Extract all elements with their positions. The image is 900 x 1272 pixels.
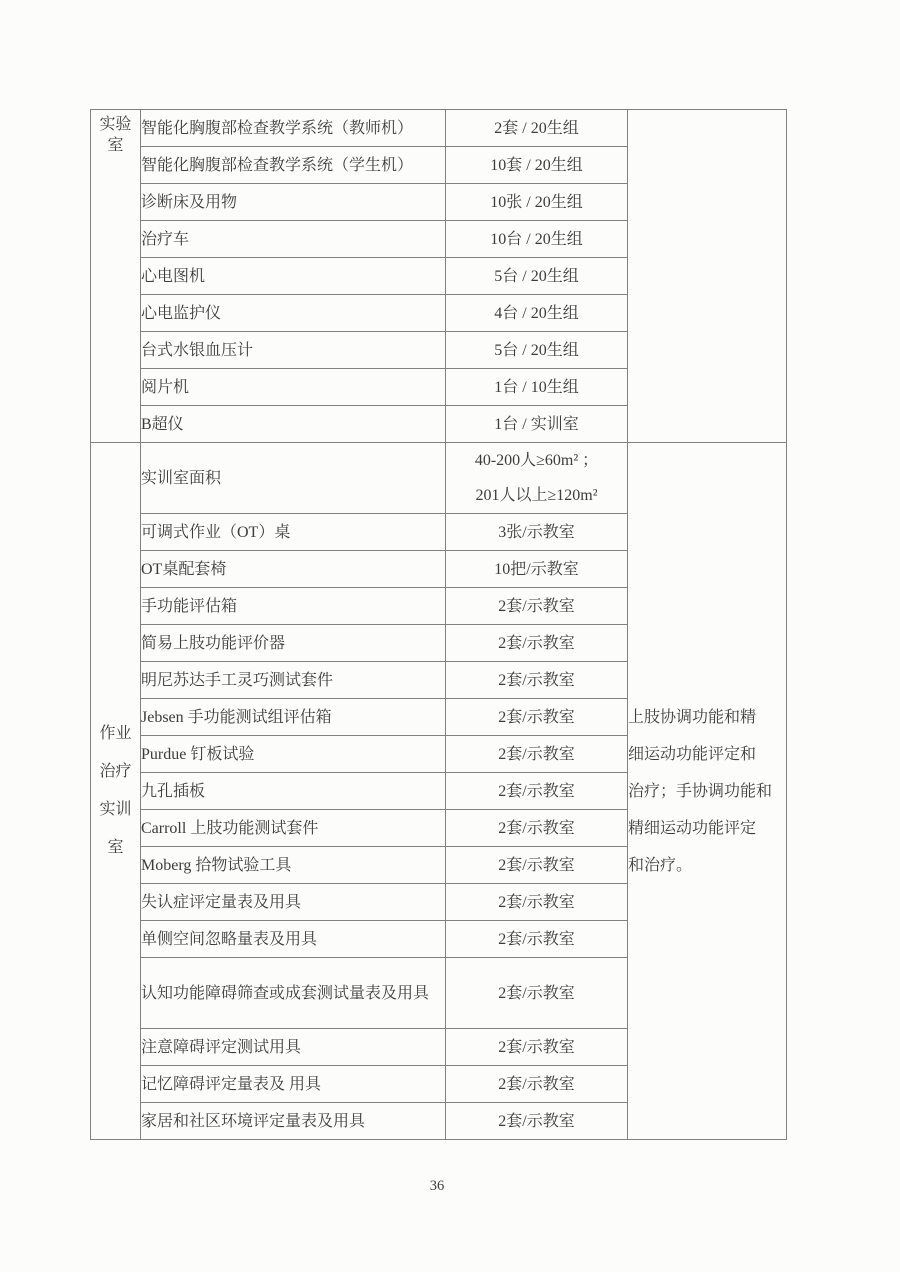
quantity-cell: 2套/示教室 bbox=[446, 810, 628, 847]
quantity-cell: 2套/示教室 bbox=[446, 847, 628, 884]
equipment-name-cell: Carroll 上肢功能测试套件 bbox=[141, 810, 446, 847]
equipment-name-cell: B超仪 bbox=[141, 406, 446, 443]
equipment-name-cell: 诊断床及用物 bbox=[141, 184, 446, 221]
equipment-name-cell: 心电图机 bbox=[141, 258, 446, 295]
equipment-table: 实验 室智能化胸腹部检查教学系统（教师机）2套 / 20生组智能化胸腹部检查教学… bbox=[90, 109, 787, 1140]
quantity-cell: 1台 / 实训室 bbox=[446, 406, 628, 443]
quantity-cell: 1台 / 10生组 bbox=[446, 369, 628, 406]
quantity-cell: 2套/示教室 bbox=[446, 736, 628, 773]
function-note-cell bbox=[628, 110, 787, 443]
equipment-name-cell: 智能化胸腹部检查教学系统（学生机） bbox=[141, 147, 446, 184]
equipment-name-cell: 手功能评估箱 bbox=[141, 588, 446, 625]
quantity-cell: 3张/示教室 bbox=[446, 514, 628, 551]
equipment-name-cell: 认知功能障碍筛查或成套测试量表及用具 bbox=[141, 958, 446, 1029]
equipment-name-cell: 可调式作业（OT）桌 bbox=[141, 514, 446, 551]
equipment-name-cell: 心电监护仪 bbox=[141, 295, 446, 332]
room-label-cell: 作业 治疗 实训 室 bbox=[91, 443, 141, 1140]
quantity-cell: 5台 / 20生组 bbox=[446, 258, 628, 295]
room-label-cell: 实验 室 bbox=[91, 110, 141, 443]
quantity-cell: 2套/示教室 bbox=[446, 884, 628, 921]
table-row: 作业 治疗 实训 室实训室面积40-200人≥60m² ； 201人以上≥120… bbox=[91, 443, 787, 514]
quantity-cell: 2套/示教室 bbox=[446, 958, 628, 1029]
equipment-name-cell: 注意障碍评定测试用具 bbox=[141, 1029, 446, 1066]
equipment-name-cell: Jebsen 手功能测试组评估箱 bbox=[141, 699, 446, 736]
equipment-name-cell: 单侧空间忽略量表及用具 bbox=[141, 921, 446, 958]
quantity-cell: 10台 / 20生组 bbox=[446, 221, 628, 258]
equipment-name-cell: 失认症评定量表及用具 bbox=[141, 884, 446, 921]
quantity-cell: 2套/示教室 bbox=[446, 921, 628, 958]
quantity-cell: 2套 / 20生组 bbox=[446, 110, 628, 147]
equipment-name-cell: 记忆障碍评定量表及 用具 bbox=[141, 1066, 446, 1103]
equipment-name-cell: Moberg 拾物试验工具 bbox=[141, 847, 446, 884]
quantity-cell: 5台 / 20生组 bbox=[446, 332, 628, 369]
equipment-name-cell: 明尼苏达手工灵巧测试套件 bbox=[141, 662, 446, 699]
quantity-cell: 2套/示教室 bbox=[446, 1103, 628, 1140]
quantity-cell: 2套/示教室 bbox=[446, 1029, 628, 1066]
equipment-name-cell: 实训室面积 bbox=[141, 443, 446, 514]
quantity-cell: 10张 / 20生组 bbox=[446, 184, 628, 221]
quantity-cell: 2套/示教室 bbox=[446, 588, 628, 625]
function-note-cell: 上肢协调功能和精 细运动功能评定和 治疗；手协调功能和 精细运动功能评定 和治疗… bbox=[628, 443, 787, 1140]
page-number: 36 bbox=[0, 1178, 874, 1195]
equipment-table-body: 实验 室智能化胸腹部检查教学系统（教师机）2套 / 20生组智能化胸腹部检查教学… bbox=[91, 110, 787, 1140]
quantity-cell: 2套/示教室 bbox=[446, 625, 628, 662]
quantity-cell: 4台 / 20生组 bbox=[446, 295, 628, 332]
equipment-name-cell: 智能化胸腹部检查教学系统（教师机） bbox=[141, 110, 446, 147]
document-page: 实验 室智能化胸腹部检查教学系统（教师机）2套 / 20生组智能化胸腹部检查教学… bbox=[0, 0, 900, 1272]
quantity-cell: 40-200人≥60m² ； 201人以上≥120m² bbox=[446, 443, 628, 514]
equipment-name-cell: 治疗车 bbox=[141, 221, 446, 258]
equipment-name-cell: 九孔插板 bbox=[141, 773, 446, 810]
equipment-name-cell: Purdue 钉板试验 bbox=[141, 736, 446, 773]
quantity-cell: 2套/示教室 bbox=[446, 773, 628, 810]
quantity-cell: 2套/示教室 bbox=[446, 1066, 628, 1103]
quantity-cell: 2套/示教室 bbox=[446, 662, 628, 699]
equipment-name-cell: 阅片机 bbox=[141, 369, 446, 406]
quantity-cell: 2套/示教室 bbox=[446, 699, 628, 736]
equipment-name-cell: 家居和社区环境评定量表及用具 bbox=[141, 1103, 446, 1140]
table-row: 实验 室智能化胸腹部检查教学系统（教师机）2套 / 20生组 bbox=[91, 110, 787, 147]
equipment-name-cell: 台式水银血压计 bbox=[141, 332, 446, 369]
quantity-cell: 10套 / 20生组 bbox=[446, 147, 628, 184]
quantity-cell: 10把/示教室 bbox=[446, 551, 628, 588]
equipment-name-cell: 简易上肢功能评价器 bbox=[141, 625, 446, 662]
equipment-name-cell: OT桌配套椅 bbox=[141, 551, 446, 588]
